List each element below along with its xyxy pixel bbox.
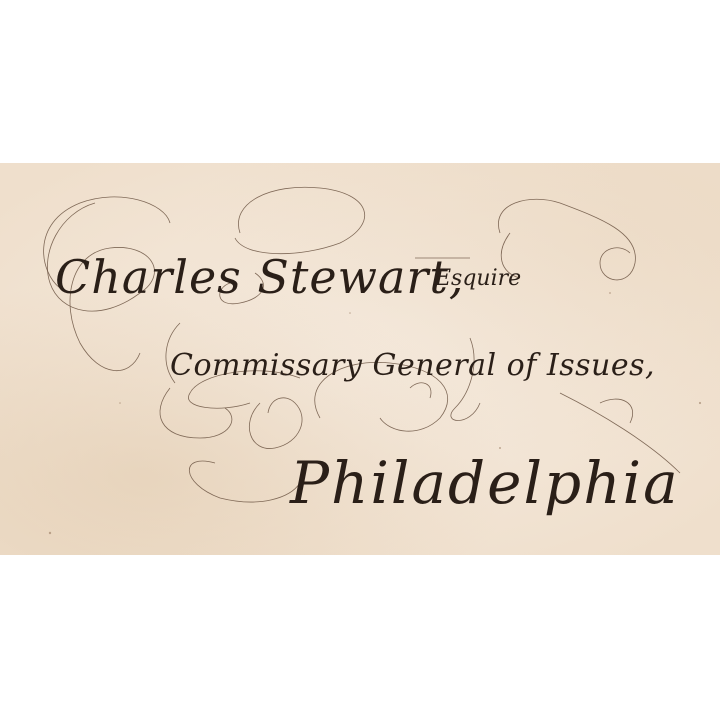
honorific: Esquire	[434, 266, 521, 291]
addressee-name: Charles Stewart,	[55, 250, 465, 304]
aged-paper: Charles Stewart, Esquire Commissary Gene…	[0, 163, 720, 555]
addressee-title: Commissary General of Issues,	[170, 348, 655, 383]
calligraphy-canvas: Charles Stewart, Esquire Commissary Gene…	[0, 163, 720, 555]
city-name: Philadelphia	[289, 449, 680, 517]
